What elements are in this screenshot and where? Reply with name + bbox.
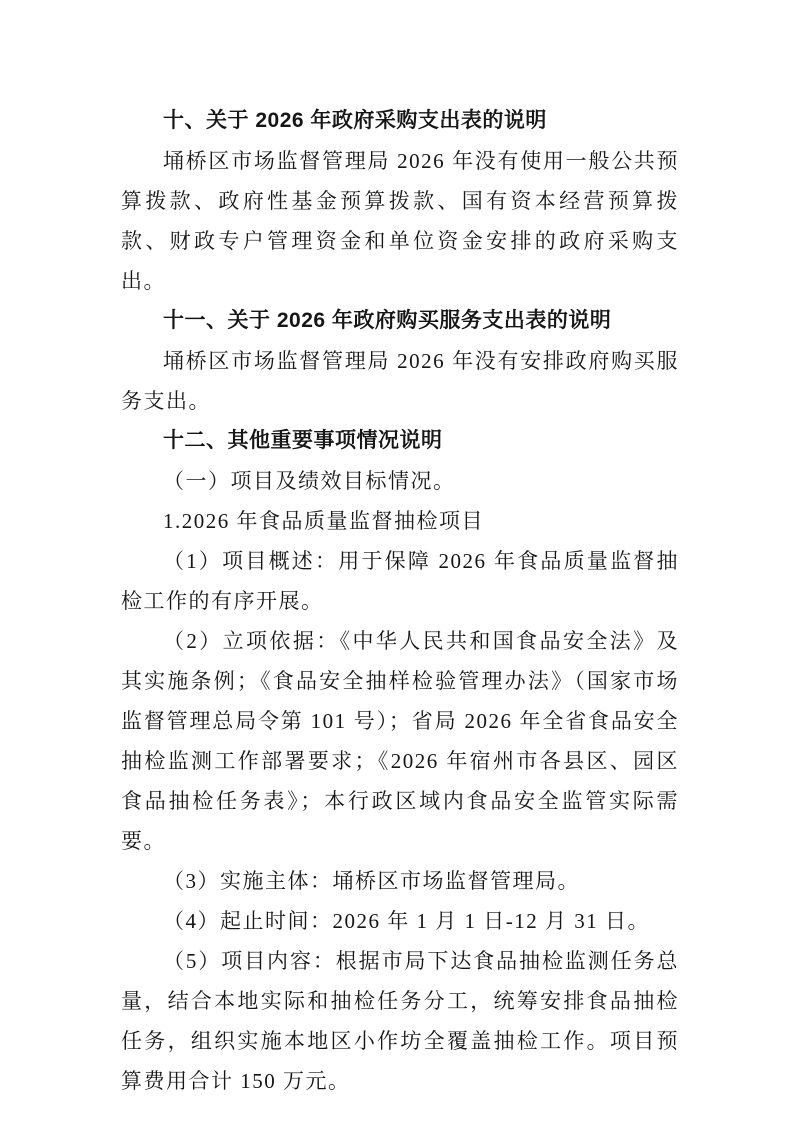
heading-section-12-other-matters: 十二、其他重要事项情况说明 [121,421,679,461]
para-procurement-note: 埇桥区市场监督管理局 2026 年没有使用一般公共预算拨款、政府性基金预算拨款、… [121,141,679,301]
para-purchased-services-note: 埇桥区市场监督管理局 2026 年没有安排政府购买服务支出。 [121,341,679,421]
para-project-duration: （4）起止时间：2026 年 1 月 1 日-12 月 31 日。 [121,901,679,941]
para-project-performance-intro: （一）项目及绩效目标情况。 [121,461,679,501]
para-project-overview: （1）项目概述：用于保障 2026 年食品质量监督抽检工作的有序开展。 [121,541,679,621]
para-project-1-title: 1.2026 年食品质量监督抽检项目 [121,501,679,541]
para-project-basis: （2）立项依据：《中华人民共和国食品安全法》及其实施条例；《食品安全抽样检验管理… [121,621,679,861]
document-page: 十、关于 2026 年政府采购支出表的说明 埇桥区市场监督管理局 2026 年没… [0,0,793,1122]
heading-section-10-procurement: 十、关于 2026 年政府采购支出表的说明 [121,101,679,141]
para-project-content-budget: （5）项目内容：根据市局下达食品抽检监测任务总量，结合本地实际和抽检任务分工，统… [121,941,679,1101]
heading-section-11-purchased-services: 十一、关于 2026 年政府购买服务支出表的说明 [121,301,679,341]
para-project-implementer: （3）实施主体：埇桥区市场监督管理局。 [121,861,679,901]
